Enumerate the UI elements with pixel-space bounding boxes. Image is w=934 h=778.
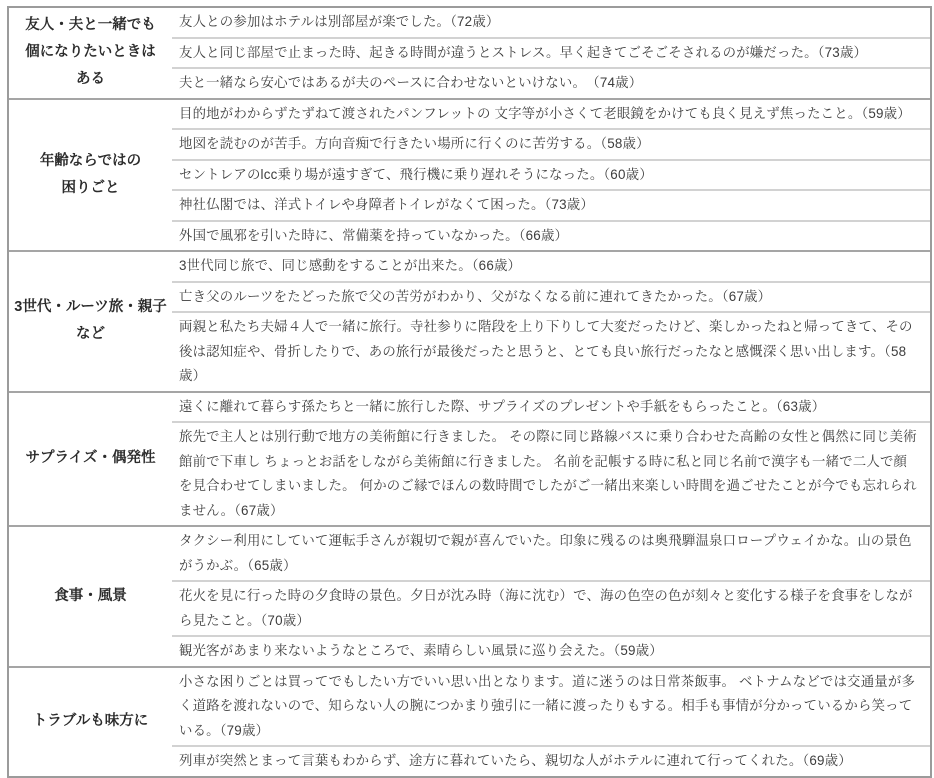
quote-column: タクシー利用にしていて運転手さんが親切で親が喜んでいた。印象に残るのは奥飛騨温泉… (172, 527, 930, 666)
quote-row: タクシー利用にしていて運転手さんが親切で親が喜んでいた。印象に残るのは奥飛騨温泉… (172, 527, 930, 582)
category-cell: 食事・風景 (9, 527, 172, 666)
quote-column: 友人との参加はホテルは別部屋が楽でした。（72歳）友人と同じ部屋で止まった時、起… (172, 8, 930, 98)
quote-row: 旅先で主人とは別行動で地方の美術館に行きました。 その際に同じ路線バスに乗り合わ… (172, 423, 930, 525)
section-row: サプライズ・偶発性遠くに離れて暮らす孫たちと一緒に旅行した際、サプライズのプレゼ… (9, 391, 930, 526)
quote-row: 外国で風邪を引いた時に、常備薬を持っていなかった。（66歳） (172, 222, 930, 251)
category-cell: 3世代・ルーツ旅・親子 など (9, 252, 172, 391)
quote-column: 小さな困りごとは買ってでもしたい方でいい思い出となります。道に迷うのは日常茶飯事… (172, 668, 930, 770)
section-row: トラブルも味方に小さな困りごとは買ってでもしたい方でいい思い出となります。道に迷… (9, 666, 930, 770)
quote-column: 遠くに離れて暮らす孫たちと一緒に旅行した際、サプライズのプレゼントや手紙をもらっ… (172, 393, 930, 526)
category-cell: サプライズ・偶発性 (9, 393, 172, 526)
quote-row: 目的地がわからずたずねて渡されたパンフレットの 文字等が小さくて老眼鏡をかけても… (172, 100, 930, 131)
quote-row: 列車が突然とまって言葉もわからず、途方に暮れていたら、親切な人がホテルに連れて行… (172, 747, 930, 769)
category-table: 友人・夫と一緒でも 個になりたいときは ある友人との参加はホテルは別部屋が楽でし… (7, 6, 932, 769)
quote-column: 3世代同じ旅で、同じ感動をすることが出来た。（66歳）亡き父のルーツをたどった旅… (172, 252, 930, 391)
quote-row: セントレアのlcc乗り場が遠すぎて、飛行機に乗り遅れそうになった。（60歳） (172, 161, 930, 192)
quote-row: 亡き父のルーツをたどった旅で父の苦労がわかり、父がなくなる前に連れてきたかった。… (172, 283, 930, 314)
quote-row: 地図を読むのが苦手。方向音痴で行きたい場所に行くのに苦労する。（58歳） (172, 130, 930, 161)
category-cell: 年齢ならではの 困りごと (9, 100, 172, 251)
section-row: 食事・風景タクシー利用にしていて運転手さんが親切で親が喜んでいた。印象に残るのは… (9, 525, 930, 666)
quote-row: 友人との参加はホテルは別部屋が楽でした。（72歳） (172, 8, 930, 39)
section-row: 友人・夫と一緒でも 個になりたいときは ある友人との参加はホテルは別部屋が楽でし… (9, 8, 930, 98)
quote-row: 花火を見に行った時の夕食時の景色。夕日が沈み時（海に沈む）で、海の色空の色が刻々… (172, 582, 930, 637)
quote-row: 小さな困りごとは買ってでもしたい方でいい思い出となります。道に迷うのは日常茶飯事… (172, 668, 930, 748)
category-cell: トラブルも味方に (9, 668, 172, 770)
quote-column: 目的地がわからずたずねて渡されたパンフレットの 文字等が小さくて老眼鏡をかけても… (172, 100, 930, 251)
quote-row: 両親と私たち夫婦４人で一緒に旅行。寺社参りに階段を上り下りして大変だったけど、楽… (172, 313, 930, 391)
section-row: 3世代・ルーツ旅・親子 など3世代同じ旅で、同じ感動をすることが出来た。（66歳… (9, 250, 930, 391)
quote-row: 3世代同じ旅で、同じ感動をすることが出来た。（66歳） (172, 252, 930, 283)
quote-row: 遠くに離れて暮らす孫たちと一緒に旅行した際、サプライズのプレゼントや手紙をもらっ… (172, 393, 930, 424)
quote-row: 観光客があまり来ないようなところで、素晴らしい風景に巡り会えた。（59歳） (172, 637, 930, 666)
quote-row: 友人と同じ部屋で止まった時、起きる時間が違うとストレス。早く起きてごそごそされる… (172, 39, 930, 70)
quote-row: 神社仏閣では、洋式トイレや身障者トイレがなくて困った。（73歳） (172, 191, 930, 222)
section-row: 年齢ならではの 困りごと目的地がわからずたずねて渡されたパンフレットの 文字等が… (9, 98, 930, 251)
quote-row: 夫と一緒なら安心ではあるが夫のペースに合わせないといけない。 （74歳） (172, 69, 930, 98)
category-cell: 友人・夫と一緒でも 個になりたいときは ある (9, 8, 172, 98)
